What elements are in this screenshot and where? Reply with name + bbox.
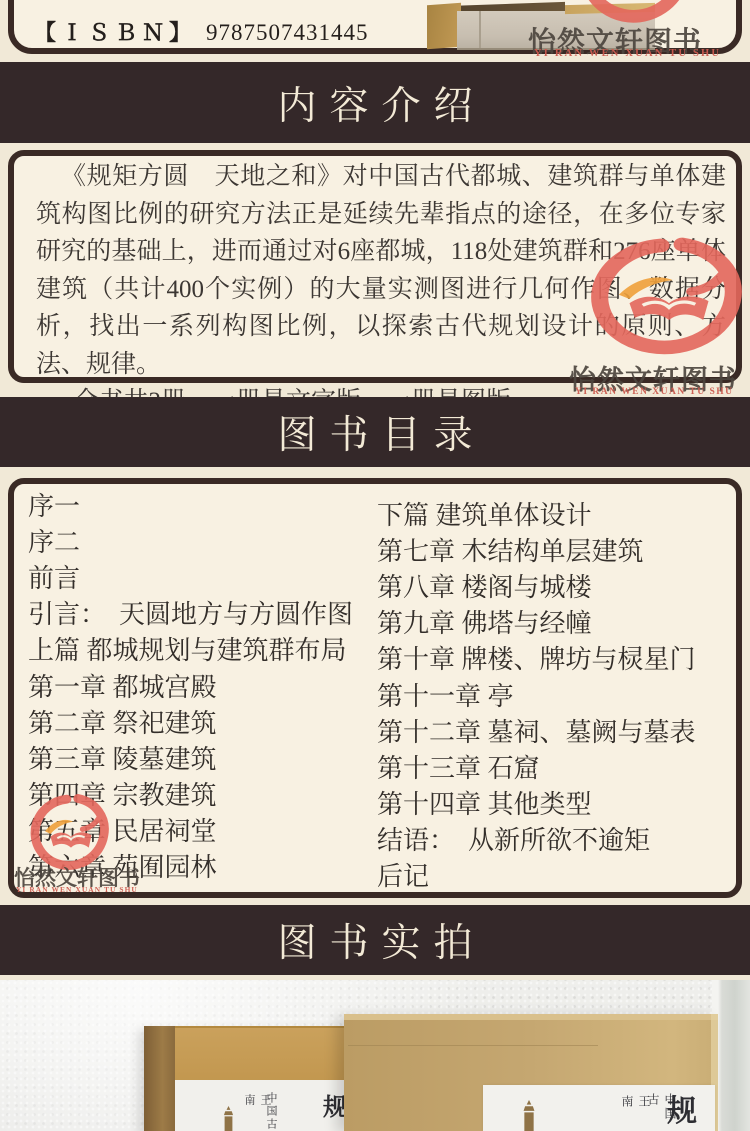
- section-banner-intro: 内容介绍: [0, 62, 750, 143]
- watermark-latin: YI RAN WEN XUAN TU SHU: [16, 885, 138, 894]
- watermark-catalog: 怡然文轩图书 YI RAN WEN XUAN TU SHU: [10, 790, 190, 902]
- catalog-item: 第七章 木结构单层建筑: [377, 531, 696, 567]
- product-detail-page: 【ＩＳＢＮ】9787507431445 怡然文轩图书 YI RAN WEN XU…: [0, 0, 750, 1131]
- left-book-series: 中国古: [263, 1092, 279, 1131]
- pagoda-icon: [521, 1100, 537, 1131]
- right-book-title-char: 规: [667, 1086, 697, 1130]
- banner-catalog-title: 图书目录: [264, 404, 485, 460]
- catalog-item: 下篇 建筑单体设计: [377, 495, 696, 531]
- book-photo: 王 南 中国古 规 王 南 中国古 规: [0, 980, 750, 1131]
- watermark-top: 怡然文轩图书 YI RAN WEN XUAN TU SHU: [520, 0, 750, 62]
- isbn-label: 【ＩＳＢＮ】: [34, 20, 196, 45]
- left-book-kraft-band: [175, 1026, 344, 1082]
- catalog-item: 第九章 佛塔与经幢: [377, 604, 696, 640]
- left-book: 王 南 中国古 规: [144, 1026, 344, 1131]
- slipcase-crease: [348, 1045, 598, 1046]
- right-book-slipcase: 王 南 中国古 规: [344, 1014, 718, 1131]
- catalog-column-right: 下篇 建筑单体设计第七章 木结构单层建筑第八章 楼阁与城楼第九章 佛塔与经幢第十…: [377, 495, 696, 893]
- left-book-spine: [144, 1026, 175, 1131]
- catalog-item: 第八章 楼阁与城楼: [377, 567, 696, 603]
- isbn-line: 【ＩＳＢＮ】9787507431445: [34, 16, 369, 47]
- pagoda-icon: [222, 1106, 235, 1131]
- watermark-latin: YI RAN WEN XUAN TU SHU: [534, 48, 721, 59]
- catalog-item: 第十二章 墓祠、墓阙与墓表: [377, 712, 696, 748]
- catalog-item: 第十章 牌楼、牌坊与棂星门: [377, 640, 696, 676]
- section-banner-photos: 图书实拍: [0, 905, 750, 975]
- catalog-item: 第十四章 其他类型: [377, 785, 696, 821]
- catalog-item: 结语： 从新所欲不逾矩: [377, 821, 696, 857]
- banner-intro-title: 内容介绍: [264, 75, 485, 131]
- isbn-value: 9787507431445: [206, 20, 369, 45]
- catalog-item: 第十一章 亭: [377, 676, 696, 712]
- watermark-intro: 怡然文轩图书 YI RAN WEN XUAN TU SHU: [565, 230, 750, 400]
- catalog-item: 第十三章 石窟: [377, 748, 696, 784]
- slipcase-top-edge: [344, 1014, 718, 1020]
- brand-swirl-icon: [590, 236, 748, 362]
- watermark-latin: YI RAN WEN XUAN TU SHU: [575, 387, 734, 397]
- section-banner-catalog: 图书目录: [0, 397, 750, 467]
- left-book-label: 王 南 中国古 规: [175, 1080, 344, 1131]
- carton-flap: [427, 3, 461, 49]
- catalog-item: 后记: [377, 857, 696, 893]
- right-book-label: 王 南 中国古 规: [483, 1085, 715, 1131]
- carton-seam: [479, 11, 481, 48]
- banner-photos-title: 图书实拍: [264, 912, 485, 968]
